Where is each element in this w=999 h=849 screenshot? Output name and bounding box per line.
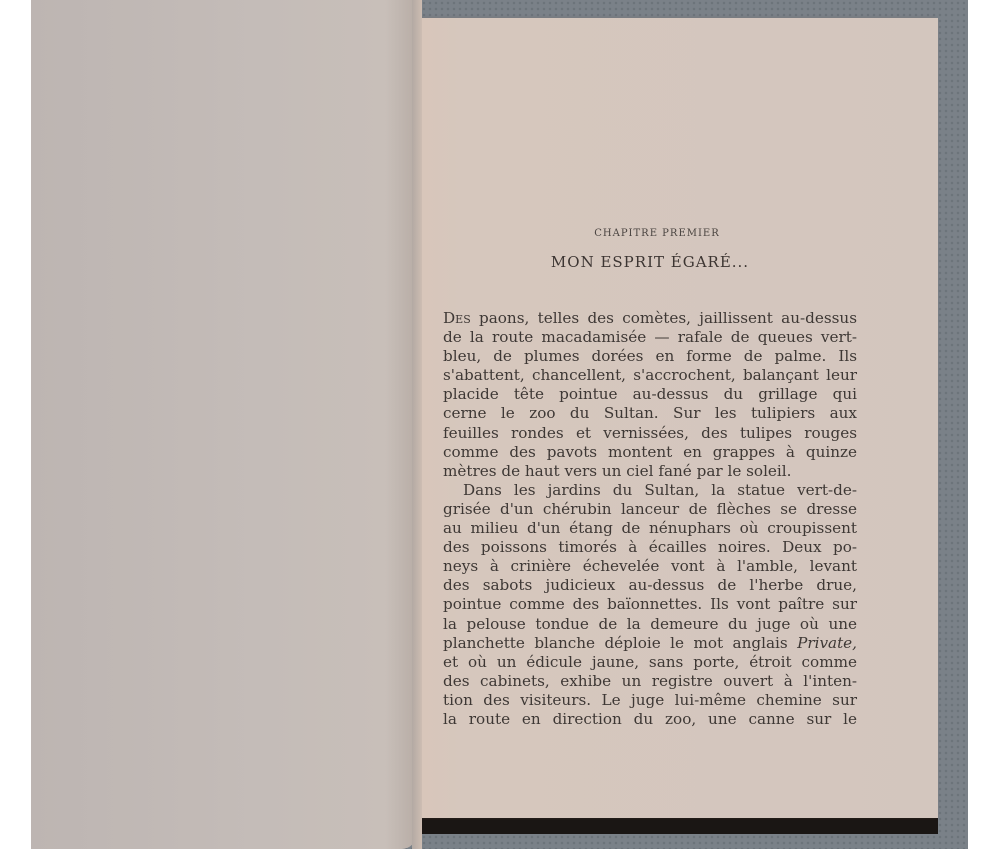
text-line: la route en direction du zoo, une canne … (443, 710, 857, 729)
text-line: cerne le zoo du Sultan. Sur les tulipier… (443, 404, 857, 423)
text-line: et où un édicule jaune, sans porte, étro… (443, 653, 857, 672)
text-line: pointue comme des baïonnettes. Ils vont … (443, 595, 857, 614)
small-caps-opening: Des (443, 309, 471, 327)
chapter-title: MON ESPRIT ÉGARÉ... (443, 253, 857, 271)
text-line: des sabots judicieux au-dessus de l'herb… (443, 576, 857, 595)
text-line: tion des visiteurs. Le juge lui-même che… (443, 691, 857, 710)
text-line: des cabinets, exhibe un registre ouvert … (443, 672, 857, 691)
text-line: Dans les jardins du Sultan, la statue ve… (443, 481, 857, 500)
text-line: grisée d'un chérubin lanceur de flèches … (443, 500, 857, 519)
italic-word: Private, (797, 634, 857, 652)
text-line: bleu, de plumes dorées en forme de palme… (443, 347, 857, 366)
text-line: s'abattent, chancellent, s'accrochent, b… (443, 366, 857, 385)
text-line: neys à crinière échevelée vont à l'amble… (443, 557, 857, 576)
text-line: placide tête pointue au-dessus du grilla… (443, 385, 857, 404)
text-line: de la route macadamisée — rafale de queu… (443, 328, 857, 347)
text-line: la pelouse tondue de la demeure du juge … (443, 615, 857, 634)
text-line: au milieu d'un étang de nénuphars où cro… (443, 519, 857, 538)
text-line: des poissons timorés à écailles noires. … (443, 538, 857, 557)
text-line: feuilles rondes et vernissées, des tulip… (443, 424, 857, 443)
book-gutter (412, 0, 422, 849)
left-page-blank (31, 0, 416, 849)
text-line: planchette blanche déploie le mot anglai… (443, 634, 857, 653)
text-line: mètres de haut vers un ciel fané par le … (443, 462, 857, 481)
page-text: CHAPITRE PREMIER MON ESPRIT ÉGARÉ... Des… (443, 228, 857, 729)
paragraph-1: Des paons, telles des comètes, jaillisse… (443, 309, 857, 481)
book-edge-shadow (412, 818, 938, 834)
chapter-label: CHAPITRE PREMIER (457, 228, 857, 239)
paragraph-2: Dans les jardins du Sultan, la statue ve… (443, 481, 857, 729)
text-line: comme des pavots montent en grappes à qu… (443, 443, 857, 462)
